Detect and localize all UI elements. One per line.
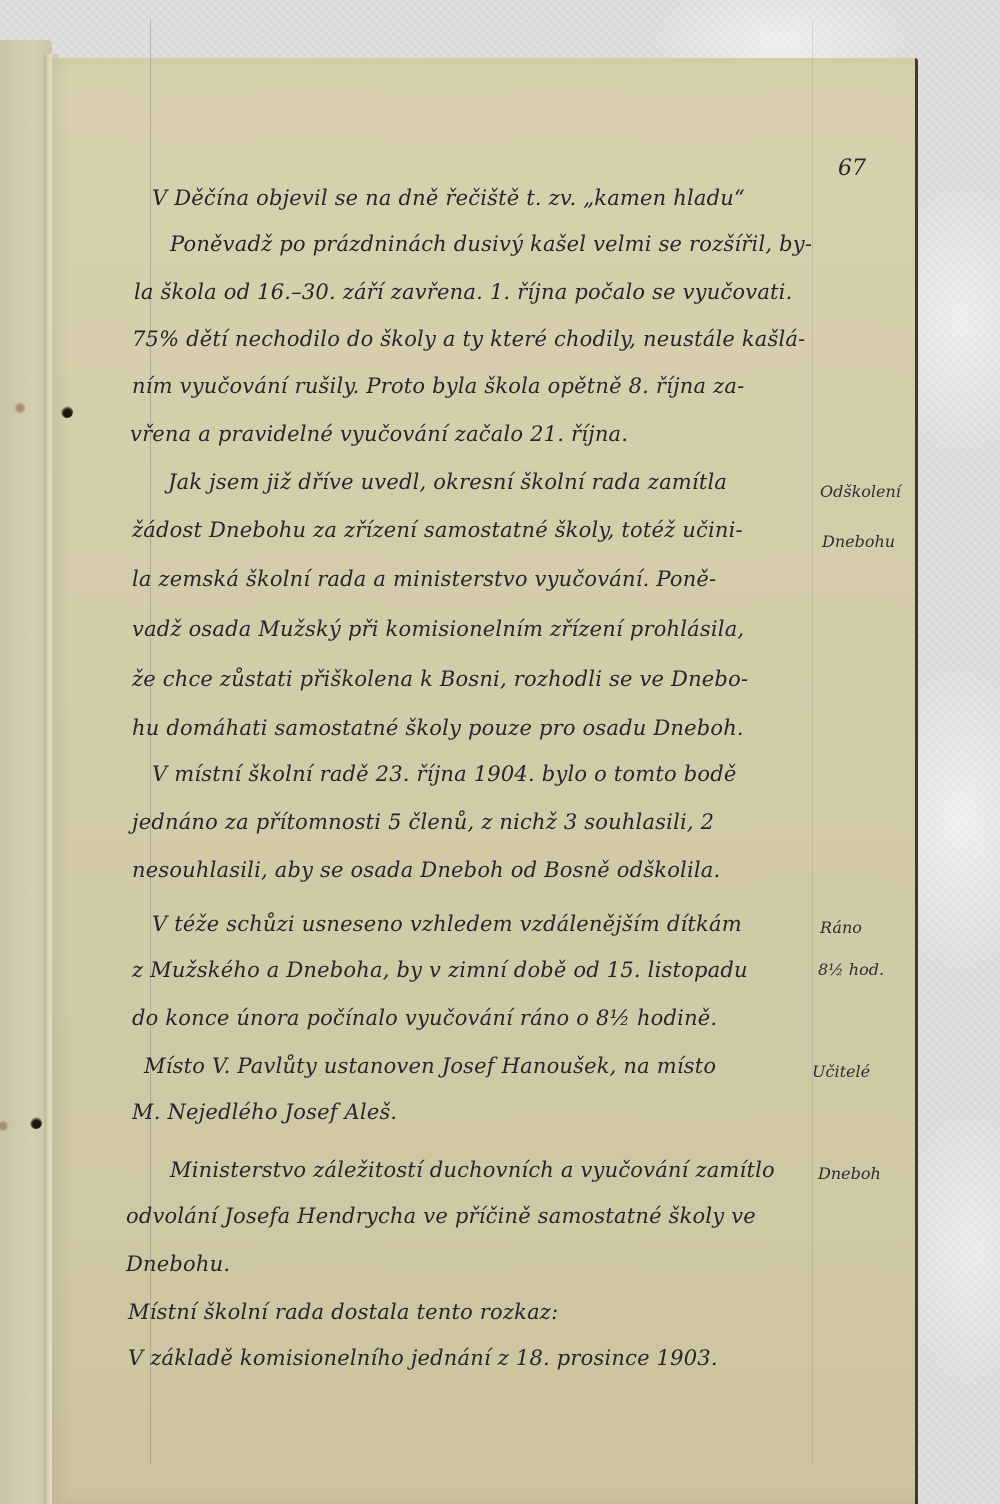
text-line: vadž osada Mužský při komisionelním zříz… [132, 617, 744, 641]
text-line: Jak jsem již dříve uvedl, okresní školní… [168, 470, 727, 494]
punch-hole-icon [30, 1117, 42, 1129]
punch-hole-icon [14, 402, 26, 414]
text-line: nesouhlasili, aby se osada Dneboh od Bos… [132, 858, 720, 882]
text-line: vřena a pravidelné vyučování začalo 21. … [130, 422, 628, 446]
marginal-note: Učitelé [812, 1062, 870, 1081]
page-number: 67 [838, 156, 866, 181]
left-margin-rule [150, 20, 151, 1464]
text-line: do konce února počínalo vyučování ráno o… [132, 1006, 717, 1030]
text-line: M. Nejedlého Josef Aleš. [132, 1100, 397, 1124]
text-line: Ministerstvo záležitostí duchovních a vy… [170, 1158, 775, 1182]
marginal-note: Dnebohu [822, 532, 895, 551]
marginal-note: Dneboh [818, 1164, 881, 1183]
text-line: 75% dětí nechodilo do školy a ty které c… [132, 327, 805, 351]
text-line: V Děčína objevil se na dně řečiště t. zv… [152, 186, 745, 210]
text-line: hu domáhati samostatné školy pouze pro o… [132, 716, 744, 740]
text-line: Dnebohu. [126, 1252, 230, 1276]
text-line: V místní školní radě 23. října 1904. byl… [152, 762, 737, 786]
marginal-note: Ráno [820, 918, 862, 937]
text-line: odvolání Josefa Hendrycha ve příčině sam… [126, 1204, 756, 1228]
punch-hole-icon [61, 406, 73, 418]
text-line: la zemská školní rada a ministerstvo vyu… [132, 567, 716, 591]
text-line: žádost Dnebohu za zřízení samostatné ško… [132, 518, 743, 542]
text-line: ním vyučování rušily. Proto byla škola o… [132, 374, 744, 398]
text-line: la škola od 16.–30. září zavřena. 1. říj… [134, 280, 792, 304]
text-line: jednáno za přítomnosti 5 členů, z nichž … [132, 810, 714, 834]
marginal-note: Odškolení [820, 482, 901, 501]
text-line: Poněvadž po prázdninách dusivý kašel vel… [170, 232, 812, 256]
text-line: Místní školní rada dostala tento rozkaz: [128, 1300, 558, 1324]
text-line: V základě komisionelního jednání z 18. p… [128, 1346, 718, 1370]
text-line: Místo V. Pavlůty ustanoven Josef Hanouše… [144, 1054, 716, 1078]
marginal-note: 8½ hod. [818, 960, 884, 979]
right-margin-rule [812, 20, 813, 1464]
text-line: V téže schůzi usneseno vzhledem vzdáleně… [152, 912, 742, 936]
text-line: z Mužského a Dneboha, by v zimní době od… [132, 958, 748, 982]
text-line: že chce zůstati přiškolena k Bosni, rozh… [132, 667, 748, 691]
